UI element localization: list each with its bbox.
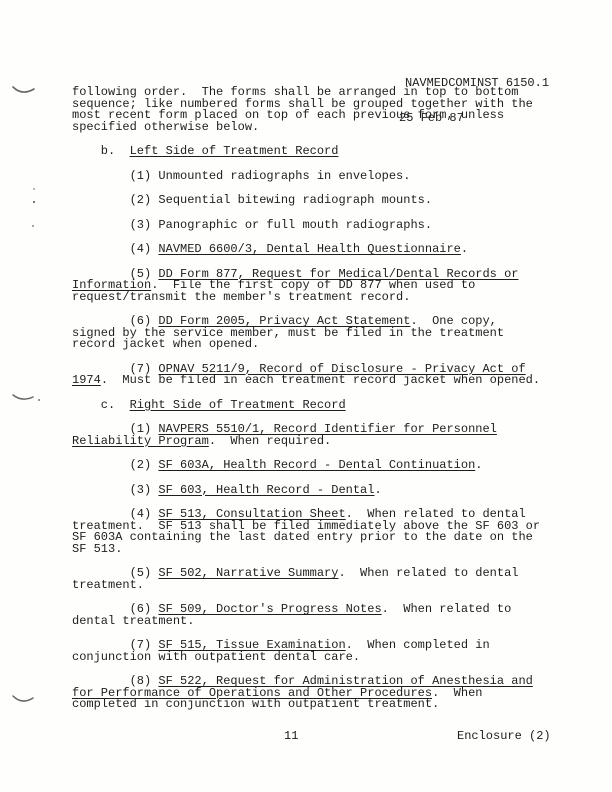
paragraph: (6) SF 509, Doctor's Progress Notes. Whe… (72, 604, 572, 627)
paragraph-text: . When required. (209, 434, 331, 448)
underlined-form-title: SF 502, Narrative Summary (158, 566, 338, 580)
paragraph: (5) SF 502, Narrative Summary. When rela… (72, 568, 572, 591)
paragraph-text: (4) (72, 242, 158, 256)
paragraph-text: . (475, 458, 482, 472)
pen-check-mark-icon (11, 84, 37, 98)
document-body: following order. The forms shall be arra… (72, 87, 572, 724)
paragraph: (2) SF 603A, Health Record - Dental Cont… (72, 460, 572, 472)
paragraph-text: (2) Sequential bitewing radiograph mount… (72, 193, 432, 207)
paragraph: (4) NAVMED 6600/3, Dental Health Questio… (72, 244, 572, 256)
paragraph: (3) Panographic or full mouth radiograph… (72, 220, 572, 232)
paragraph-text: c. (72, 398, 130, 412)
underlined-form-title: Left Side of Treatment Record (130, 144, 339, 158)
underlined-form-title: NAVMED 6600/3, Dental Health Questionnai… (158, 242, 460, 256)
paragraph-text: following order. The forms shall be arra… (72, 85, 533, 134)
paragraph: b. Left Side of Treatment Record (72, 146, 572, 158)
document-footer: 11 Enclosure (2) (0, 731, 612, 745)
paragraph: (6) DD Form 2005, Privacy Act Statement.… (72, 316, 572, 351)
pen-check-mark-icon (10, 391, 44, 405)
paragraph-text: b. (72, 144, 130, 158)
paragraph-text: . (374, 483, 381, 497)
paragraph-text: (3) Panographic or full mouth radiograph… (72, 218, 432, 232)
enclosure-label: Enclosure (2) (457, 731, 551, 743)
paragraph: (3) SF 603, Health Record - Dental. (72, 485, 572, 497)
underlined-form-title: SF 603, Health Record - Dental (158, 483, 374, 497)
paragraph: c. Right Side of Treatment Record (72, 400, 572, 412)
underlined-form-title: SF 603A, Health Record - Dental Continua… (158, 458, 475, 472)
paragraph-text: . Must be filed in each treatment record… (101, 373, 540, 387)
paragraph-text: (2) (72, 458, 158, 472)
pen-check-mark-icon (10, 692, 36, 708)
paragraph-text: (1) Unmounted radiographs in envelopes. (72, 169, 410, 183)
document-page: NAVMEDCOMINST 6150.1 25 Feb 87 following… (0, 0, 612, 792)
underlined-form-title: Right Side of Treatment Record (130, 398, 346, 412)
ink-dots-icon (28, 184, 42, 230)
paragraph: (1) Unmounted radiographs in envelopes. (72, 171, 572, 183)
paragraph-text: (3) (72, 483, 158, 497)
paragraph: (7) SF 515, Tissue Examination. When com… (72, 640, 572, 663)
paragraph: (8) SF 522, Request for Administration o… (72, 676, 572, 711)
paragraph: (4) SF 513, Consultation Sheet. When rel… (72, 509, 572, 555)
paragraph: (1) NAVPERS 5510/1, Record Identifier fo… (72, 424, 572, 447)
paragraph: (2) Sequential bitewing radiograph mount… (72, 195, 572, 207)
paragraph: following order. The forms shall be arra… (72, 87, 572, 133)
paragraph: (7) OPNAV 5211/9, Record of Disclosure -… (72, 364, 572, 387)
page-number: 11 (284, 731, 298, 743)
paragraph: (5) DD Form 877, Request for Medical/Den… (72, 269, 572, 304)
paragraph-text: . (461, 242, 468, 256)
